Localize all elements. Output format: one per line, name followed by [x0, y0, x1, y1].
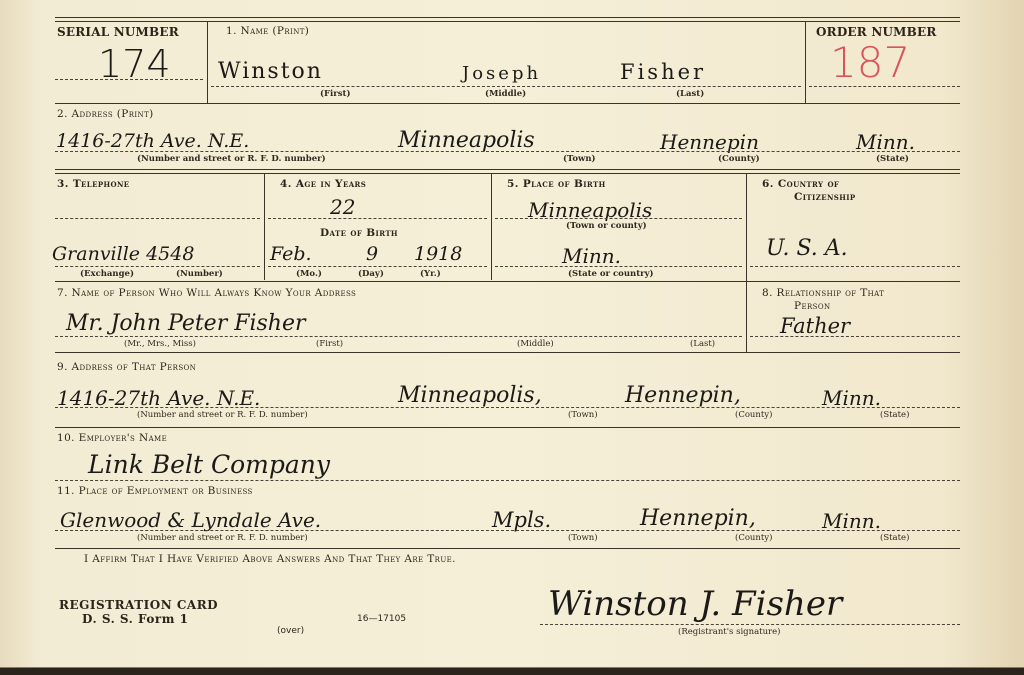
dob-year: 1918 — [414, 243, 462, 265]
contact-title-caption: (Mr., Mrs., Miss) — [124, 339, 196, 349]
dob-line — [268, 266, 487, 267]
telephone-value: Granville 4548 — [52, 243, 194, 265]
address-county-caption: (County) — [718, 154, 760, 164]
relationship-value: Father — [780, 314, 850, 338]
top-rule-thin — [55, 21, 960, 22]
contact-person-value: Mr. John Peter Fisher — [66, 311, 306, 336]
row-rule-thin — [55, 173, 960, 174]
row-rule — [55, 548, 960, 549]
contact-person-line — [55, 336, 742, 337]
registration-card-title: REGISTRATION CARD — [59, 598, 218, 612]
employment-street-caption: (Number and street or R. F. D. number) — [137, 533, 308, 543]
contact-middle-caption: (Middle) — [517, 339, 554, 349]
citizenship-line — [750, 266, 960, 267]
serial-number-label: SERIAL NUMBER — [57, 25, 179, 39]
contact-person-label: 7. Name of Person Who Will Always Know Y… — [57, 287, 356, 299]
divider — [264, 174, 265, 280]
address-state-caption: (State) — [876, 154, 909, 164]
name-middle: Joseph — [462, 63, 541, 84]
employment-county: Hennepin, — [640, 506, 756, 531]
address-town-caption: (Town) — [563, 154, 596, 164]
signature-caption: (Registrant's signature) — [678, 627, 780, 637]
relationship-label: 8. Relationship of That — [762, 287, 884, 299]
row-rule — [55, 103, 960, 104]
telephone-line-1 — [55, 218, 260, 219]
address-street-caption: (Number and street or R. F. D. number) — [137, 154, 326, 164]
employment-street: Glenwood & Lyndale Ave. — [60, 508, 321, 532]
contact-first-caption: (First) — [316, 339, 343, 349]
print-code: 16—17105 — [357, 614, 406, 624]
relationship-label-2: Person — [794, 300, 831, 312]
affirmation-text: I Affirm That I Have Verified Above Answ… — [84, 553, 456, 565]
telephone-number-caption: (Number) — [176, 269, 223, 279]
dob-month: Feb. — [270, 243, 312, 265]
order-number-label: ORDER NUMBER — [816, 25, 937, 39]
citizenship-label-2: Citizenship — [794, 191, 856, 203]
form-number: D. S. S. Form 1 — [82, 612, 188, 626]
age-label: 4. Age in Years — [280, 178, 366, 190]
divider — [805, 21, 806, 103]
address-street: 1416-27th Ave. N.E. — [56, 130, 249, 152]
employment-label: 11. Place of Employment or Business — [57, 485, 253, 497]
divider — [207, 21, 208, 103]
address-label: 2. Address (Print) — [57, 108, 154, 120]
registrant-signature: Winston J. Fisher — [548, 584, 842, 624]
name-last-caption: (Last) — [676, 89, 704, 99]
signature-line — [540, 624, 960, 625]
place-of-birth-line-2 — [495, 266, 742, 267]
order-number-value: 187 — [830, 38, 910, 87]
address-line — [55, 151, 960, 152]
employer-value: Link Belt Company — [88, 450, 330, 479]
contact-address-label: 9. Address of That Person — [57, 361, 196, 373]
name-line — [211, 86, 801, 87]
telephone-label: 3. Telephone — [57, 178, 130, 190]
name-first-caption: (First) — [320, 89, 351, 99]
dob-month-caption: (Mo.) — [296, 269, 322, 279]
dob-label: Date of Birth — [320, 227, 398, 239]
serial-number-line — [55, 79, 203, 80]
registration-card: SERIAL NUMBER 174 1. Name (Print) Winsto… — [0, 0, 1024, 668]
employment-state-caption: (State) — [880, 533, 909, 543]
employer-line — [55, 480, 960, 481]
dob-day-caption: (Day) — [358, 269, 384, 279]
contact-state-caption: (State) — [880, 410, 909, 420]
dob-year-caption: (Yr.) — [420, 269, 441, 279]
contact-county-caption: (County) — [735, 410, 772, 420]
place-of-birth-label: 5. Place of Birth — [507, 178, 606, 190]
name-first: Winston — [218, 59, 323, 84]
citizenship-label: 6. Country of — [762, 178, 839, 190]
employment-line — [55, 530, 960, 531]
contact-town-caption: (Town) — [568, 410, 598, 420]
row-rule — [55, 352, 960, 353]
age-line — [268, 218, 487, 219]
contact-address-town: Minneapolis, — [398, 383, 542, 408]
employment-county-caption: (County) — [735, 533, 772, 543]
contact-street-caption: (Number and street or R. F. D. number) — [137, 410, 308, 420]
contact-last-caption: (Last) — [690, 339, 715, 349]
employment-town-caption: (Town) — [568, 533, 598, 543]
place-of-birth-state: Minn. — [562, 244, 621, 268]
top-rule — [55, 17, 960, 18]
age-value: 22 — [330, 195, 355, 219]
citizenship-value: U. S. A. — [766, 236, 848, 261]
contact-address-line — [55, 407, 960, 408]
relationship-line — [750, 336, 960, 337]
divider — [746, 174, 747, 352]
name-last: Fisher — [620, 60, 706, 84]
name-label: 1. Name (Print) — [226, 25, 309, 37]
order-number-line — [809, 86, 960, 87]
telephone-line-2 — [55, 266, 260, 267]
dob-day: 9 — [366, 243, 378, 265]
over-note: (over) — [277, 626, 304, 636]
employer-label: 10. Employer's Name — [57, 432, 167, 444]
row-rule — [55, 427, 960, 428]
row-rule — [55, 281, 960, 282]
contact-address-county: Hennepin, — [625, 383, 741, 408]
divider — [491, 174, 492, 280]
name-middle-caption: (Middle) — [485, 89, 526, 99]
telephone-exchange-caption: (Exchange) — [80, 269, 134, 279]
row-rule — [55, 169, 960, 170]
place-of-birth-line-1 — [495, 218, 742, 219]
place-of-birth-state-caption: (State or country) — [568, 269, 654, 279]
employment-town: Mpls. — [492, 508, 551, 532]
place-of-birth-town-caption: (Town or county) — [566, 221, 647, 231]
address-town: Minneapolis — [398, 128, 535, 153]
